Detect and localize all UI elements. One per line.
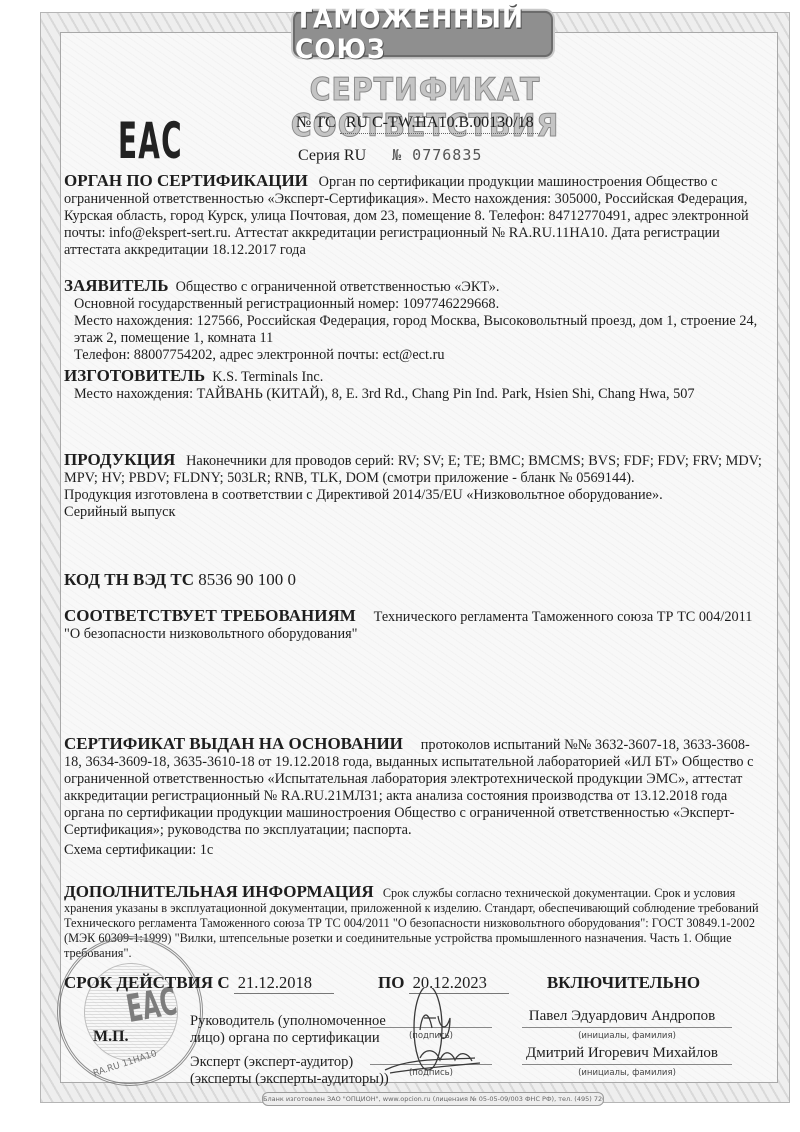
eac-logo-icon: EAC [118,112,183,170]
section-tn-ved: КОД ТН ВЭД ТС 8536 90 100 0 [64,570,764,590]
section-product: ПРОДУКЦИЯ Наконечники для проводов серий… [64,451,764,521]
head-role-line-2: лицо) органа по сертификации [190,1030,386,1047]
section-certification-body: ОРГАН ПО СЕРТИФИКАЦИИ Орган по сертифика… [64,172,764,259]
expert-role-line-1: Эксперт (эксперт-аудитор) [190,1054,389,1071]
certification-body-heading: ОРГАН ПО СЕРТИФИКАЦИИ [64,171,308,190]
applicant-contacts: Телефон: 88007754202, адрес электронной … [64,347,764,364]
applicant-heading: ЗАЯВИТЕЛЬ [64,276,168,295]
head-role: Руководитель (уполномоченное лицо) орган… [190,1013,386,1047]
product-release: Серийный выпуск [64,504,764,521]
validity-inclusive: ВКЛЮЧИТЕЛЬНО [547,973,700,992]
expert-name: Дмитрий Игоревич Михайлов [512,1045,732,1062]
head-role-line-1: Руководитель (уполномоченное [190,1013,386,1030]
certification-scheme: Схема сертификации: 1с [64,842,764,859]
blank-number: № 0776835 [392,146,482,164]
product-directive: Продукция изготовлена в соответствии с Д… [64,487,764,504]
validity-from-label: СРОК ДЕЙСТВИЯ С [64,973,230,992]
customs-union-banner: ТАМОЖЕННЫЙ СОЮЗ [293,11,553,57]
expert-role: Эксперт (эксперт-аудитор) (эксперты (экс… [190,1054,389,1088]
basis-heading: СЕРТИФИКАТ ВЫДАН НА ОСНОВАНИИ [64,734,403,753]
section-basis: СЕРТИФИКАТ ВЫДАН НА ОСНОВАНИИ протоколов… [64,735,764,839]
head-name: Павел Эдуардович Андропов [512,1008,732,1025]
tn-ved-value: 8536 90 100 0 [198,570,296,589]
applicant-address: Место нахождения: 127566, Российская Фед… [64,313,764,347]
certificate-number: № ТС RU C-TW.HA10.B.00130/18 [296,114,540,134]
certificate-series: Серия RU № 0776835 [298,146,482,165]
section-applicant: ЗАЯВИТЕЛЬ Общество с ограниченной ответс… [64,277,764,364]
printer-imprint: Бланк изготовлен ЗАО "ОПЦИОН", www.opcio… [262,1092,604,1106]
head-name-caption: (инициалы, фамилия) [522,1031,732,1041]
expert-name-caption: (инициалы, фамилия) [522,1068,732,1078]
expert-name-line [522,1064,732,1065]
manufacturer-name: K.S. Terminals Inc. [212,369,323,385]
section-conformity: СООТВЕТСТВУЕТ ТРЕБОВАНИЯМ Технического р… [64,607,764,643]
tn-ved-heading: КОД ТН ВЭД ТС [64,570,194,589]
certification-seal: EAC RA.RU 11HA10 [57,936,203,1086]
applicant-ogrn: Основной государственный регистрационный… [64,296,764,313]
seal-place-label: М.П. [93,1028,129,1046]
additional-info-heading: ДОПОЛНИТЕЛЬНАЯ ИНФОРМАЦИЯ [64,882,374,901]
certificate-number-label: № ТС [296,114,336,131]
applicant-name: Общество с ограниченной ответственностью… [176,279,500,295]
expert-role-line-2: (эксперты (эксперты-аудиторы)) [190,1071,389,1088]
section-manufacturer: ИЗГОТОВИТЕЛЬ K.S. Terminals Inc. Место н… [64,367,764,403]
validity-from-date: 21.12.2018 [234,973,334,994]
product-heading: ПРОДУКЦИЯ [64,450,175,469]
certificate-number-value: RU C-TW.HA10.B.00130/18 [340,114,540,134]
conformity-heading: СООТВЕТСТВУЕТ ТРЕБОВАНИЯМ [64,606,356,625]
head-name-line [522,1027,732,1028]
manufacturer-heading: ИЗГОТОВИТЕЛЬ [64,366,205,385]
signature-scribbles-icon [380,988,510,1088]
manufacturer-address: Место нахождения: ТАЙВАНЬ (КИТАЙ), 8, E.… [64,386,764,403]
series-label: Серия RU [298,147,366,164]
